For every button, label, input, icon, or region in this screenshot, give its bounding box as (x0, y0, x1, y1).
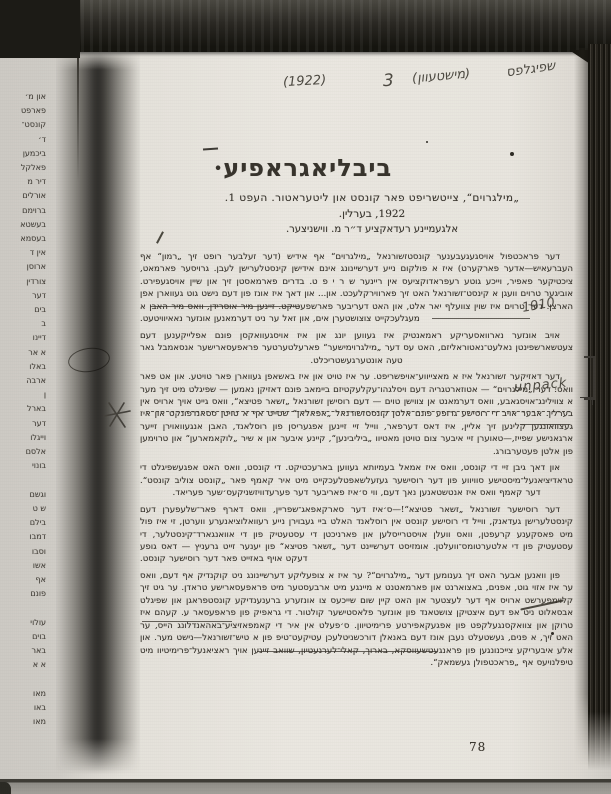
body-paragraph: דער פראכטפול אויסגעגעבענער קונסטזשורנאל … (140, 251, 573, 326)
neighbor-column-fragment: אף (2, 573, 46, 587)
neighbor-column-fragment: בים (2, 303, 46, 317)
neighbor-column-fragment: באר (2, 644, 46, 658)
page-right-seam (574, 48, 589, 766)
neighbor-column-fragment (2, 601, 46, 615)
handwritten-year-note: (1922) (283, 73, 327, 90)
neighbor-column-fragment: דיינו (2, 331, 46, 345)
neighbor-column-fragment (2, 473, 46, 487)
neighbor-column-fragment: צורדין (2, 275, 46, 289)
neighbor-column-fragment: ארבה (2, 374, 46, 388)
neighbor-column-fragment: בוים (2, 630, 46, 644)
neighbor-column-fragment: וסבו (2, 545, 46, 559)
neighbor-column-fragment (2, 672, 46, 686)
page-number: 78 (469, 740, 486, 754)
scan-top-left-corner (0, 0, 80, 58)
body-paragraph: פון וואנען אבער האט זיך גענומען דער „מיל… (140, 570, 573, 670)
body-paragraph: און דאך גיבן זיי די קונסט, וואס איז אמאל… (140, 462, 573, 499)
neighbor-column: און מ׳פארפטקונסט־ד׳ביכמעןפאלקלדיר מאורלי… (2, 90, 46, 729)
neighbor-column-fragment: מאו (2, 687, 46, 701)
neighbor-column-fragment: ב (2, 317, 46, 331)
neighbor-column-fragment: בונוי (2, 459, 46, 473)
neighbor-column-fragment: ד׳ (2, 133, 46, 147)
scanned-page: און מ׳פארפטקונסט־ד׳ביכמעןפאלקלדיר מאורלי… (0, 0, 611, 794)
book-page-edges (588, 44, 611, 770)
neighbor-column-fragment: באלו (2, 360, 46, 374)
scan-bottom-edge (0, 779, 611, 794)
neighbor-column-fragment: א א (2, 658, 46, 672)
body-paragraph: דער דאזיקער זשורנאל איז א מאצייווע־אויפש… (140, 371, 573, 458)
ink-speck (426, 141, 428, 143)
scan-corner-blob (0, 782, 11, 794)
neighbor-column-fragment: און מ׳ (2, 90, 46, 104)
neighbor-column-fragment: פאלקל (2, 161, 46, 175)
body-paragraph: דער רוסישער זשורנאל „זשאר פטיצא“!—ס׳איז … (140, 504, 573, 566)
neighbor-column-fragment: ביכמען (2, 147, 46, 161)
neighbor-column-fragment: ש ט (2, 502, 46, 516)
neighbor-column-fragment: פארפט (2, 104, 46, 118)
neighbor-column-fragment: בארל (2, 402, 46, 416)
journal-year-line: 1922, בערלין. (158, 208, 586, 220)
neighbor-column-fragment: בעסמא (2, 232, 46, 246)
journal-subtitle-line: „מילגרוים“, צייטשריפט פאר קונסט און ליטע… (158, 192, 586, 204)
neighbor-column-fragment: בעשטא (2, 218, 46, 232)
asterisk-mark (102, 400, 132, 430)
neighbor-column-fragment: א אר (2, 346, 46, 360)
article-body: דער פראכטפול אויסגעגעבענער קונסטזשורנאל … (140, 251, 573, 674)
neighbor-column-fragment: אין ד (2, 246, 46, 260)
neighbor-column-fragment: ברוימם (2, 204, 46, 218)
margin-bracket-mark (584, 356, 595, 400)
handwritten-cursive-note: שפיגלפס (505, 59, 556, 81)
neighbor-column-fragment: באו (2, 701, 46, 715)
neighbor-column-fragment: דער (2, 417, 46, 431)
neighbor-column-fragment: עולוי (2, 616, 46, 630)
scan-top-edge (0, 0, 611, 52)
neighbor-column-fragment: אשו (2, 559, 46, 573)
neighbor-column-fragment: דער (2, 289, 46, 303)
neighbor-column-fragment: אורלים (2, 189, 46, 203)
neighbor-column-fragment: וייגלו (2, 431, 46, 445)
page-edge-line (77, 52, 79, 182)
neighbor-column-fragment: אלסם (2, 445, 46, 459)
pencil-dash-mark (203, 147, 218, 150)
body-paragraph: אויב אונזער נארוואסעריקע ראמאנטיק איז גע… (140, 330, 573, 367)
handwritten-paren-note: (מישטעוון) (411, 66, 470, 86)
neighbor-column-fragment: בילם (2, 516, 46, 530)
ink-speck (510, 152, 514, 156)
neighbor-column-fragment: ארוסן (2, 260, 46, 274)
margin-corner-mark (580, 397, 593, 405)
neighbor-column-fragment: מאו (2, 715, 46, 729)
page-title: ביבליאגראפיע· (210, 153, 396, 182)
neighbor-column-fragment: וגשם (2, 488, 46, 502)
neighbor-column-fragment: דמבו (2, 530, 46, 544)
journal-editor-line: אלגעמיינע רעדאקציע ד״ר מ. ווישניצער. (158, 224, 586, 235)
neighbor-column-fragment: פונם (2, 587, 46, 601)
neighbor-column-fragment: דיר מ (2, 175, 46, 189)
neighbor-column-fragment: קונסט־ (2, 118, 46, 132)
handwritten-number-note: 3 (383, 71, 395, 91)
neighbor-column-fragment: ן (2, 388, 46, 402)
